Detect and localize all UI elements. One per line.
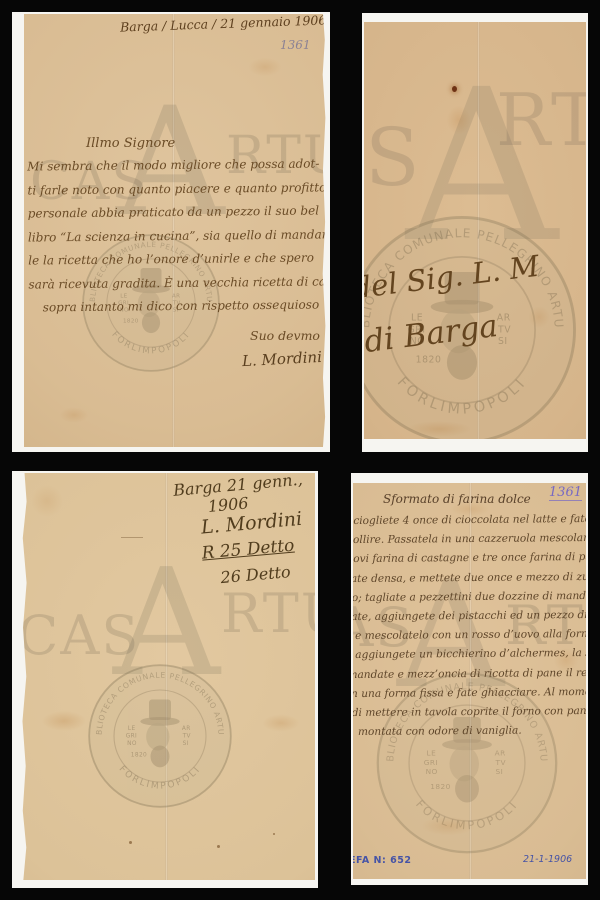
ink-stain-dot <box>452 86 457 92</box>
panel-recipe-page: CAS A RTUSI BIBLIOTECA COMUNALE PELLEGRI… <box>351 473 588 885</box>
stamp-year: 1820 <box>123 319 139 325</box>
stain <box>25 479 69 523</box>
archive-scan-sheet: CAS A RTUSI BIBLIOTECA COMUNALE PELLEGRI… <box>0 0 600 900</box>
stain <box>549 643 583 677</box>
stamp-detail-text: GRI <box>126 733 137 739</box>
letter-dateline: Barga / Lucca / 21 gennaio 1906 <box>120 14 326 35</box>
recipe-paper: CAS A RTUSI BIBLIOTECA COMUNALE PELLEGRI… <box>353 483 586 879</box>
archive-number: 1361 <box>280 38 311 52</box>
letter-back-paper: CAS A RTUSI BIBLIOTECA COMUNALE PELLEGRI… <box>364 22 586 439</box>
recipe-body-line: bollire. Passatela in una cazzeruola mes… <box>353 529 586 550</box>
stain <box>442 100 476 140</box>
foxing-speck <box>273 833 275 835</box>
stamp-detail-text: AR <box>182 726 191 732</box>
letter-front-paper: CAS A RTUSI BIBLIOTECA COMUNALE PELLEGRI… <box>24 14 326 447</box>
panel-note-page: CAS A RTUSI BIBLIOTECA COMUNALE PELLEGRI… <box>12 471 318 888</box>
stain <box>443 499 497 519</box>
stamp-detail-text: GRI <box>424 758 438 767</box>
letter-body-line: Mi sembra che il modo migliore che possa… <box>27 152 323 179</box>
stamp-year: 1820 <box>430 782 451 791</box>
stamp-detail-text: LE <box>128 726 136 732</box>
casa-artusi-watermark-text: RTUSI <box>496 84 586 156</box>
panel-letter-back: CAS A RTUSI BIBLIOTECA COMUNALE PELLEGRI… <box>362 13 588 452</box>
letter-body: Mi sembra che il modo migliore che possa… <box>27 152 325 320</box>
archive-number: 1361 <box>549 485 582 501</box>
catalog-number-annotation: EFA N: 652 <box>353 855 411 866</box>
stamp-detail-text: NO <box>127 741 137 747</box>
note-line: R 25 Detto <box>178 536 295 566</box>
recipe-body-line: dovi farina di castagne e tre once farin… <box>353 548 586 569</box>
letter-body-line: libro “La scienza in cucina”, sia quello… <box>28 223 324 250</box>
stamp-detail-text: AR <box>497 313 511 324</box>
letter-body-line: le la ricetta che ho l’onore d’unirle e … <box>28 246 324 273</box>
stain <box>255 711 307 735</box>
recipe-body-line: tate densa, e mettete due once e mezzo d… <box>353 568 586 589</box>
catalog-date-annotation: 21-1-1906 <box>523 854 572 865</box>
letter-closing: Suo devmo <box>250 328 320 343</box>
foxing-speck <box>217 845 220 848</box>
stamp-year: 1820 <box>416 354 442 365</box>
stain <box>54 404 94 426</box>
stamp-detail-text: TV <box>182 733 191 739</box>
stamp-detail-text: LE <box>427 749 437 758</box>
stamp-year: 1820 <box>131 752 147 758</box>
letter-signature: L. Mordini <box>242 348 323 370</box>
letter-body-line: personale abbia praticato da un pezzo il… <box>28 199 324 226</box>
letter-body-line: ti farle noto con quanto piacere e quant… <box>27 176 323 203</box>
stamp-detail-text: TV <box>497 324 511 335</box>
stamp-detail-text: AR <box>495 749 506 758</box>
stain <box>394 418 484 439</box>
recipe-body-line: in una forma fissa e fate ghiacciare. Al… <box>353 683 586 704</box>
stamp-detail-text: SI <box>496 767 504 776</box>
letter-salutation: Illmo Signore <box>86 136 175 151</box>
note-page-paper: CAS A RTUSI BIBLIOTECA COMUNALE PELLEGRI… <box>21 473 315 880</box>
recipe-body-line: ro; tagliate a pezzettini due dozzine di… <box>353 587 586 608</box>
stain <box>33 707 95 735</box>
letter-body-line: sopra intanto mi dico con rispetto osseq… <box>29 293 325 320</box>
stain <box>411 813 485 839</box>
stamp-detail-text: TV <box>495 758 506 767</box>
stain <box>242 54 288 80</box>
recipe-body: Sciogliete 4 once di cioccolata nel latt… <box>353 510 586 743</box>
letter-body-line: sarà ricevuta gradita. È una vecchia ric… <box>28 270 324 297</box>
recipe-body-line: di mettere in tavola coprite il forno co… <box>353 702 586 723</box>
stain <box>524 302 554 332</box>
recipe-body-line: montata con odore di vaniglia. <box>353 721 586 742</box>
library-stamp-watermark: BIBLIOTECA COMUNALE PELLEGRINO ARTUSI FO… <box>87 663 233 809</box>
foxing-speck <box>129 841 132 844</box>
recipe-body-line: tate, aggiungete dei pistacchi ed un pez… <box>353 606 586 627</box>
stamp-detail-text: NO <box>426 767 438 776</box>
recipe-body-line: e mescolatelo con un rosso d’uovo alla f… <box>353 625 586 646</box>
note-block: Barga 21 genn., 1906 L. Mordini R 25 Det… <box>173 473 314 591</box>
panel-letter-front: CAS A RTUSI BIBLIOTECA COMUNALE PELLEGRI… <box>12 12 330 452</box>
casa-artusi-watermark-text: RTUSI <box>221 587 315 641</box>
stamp-detail-text: SI <box>183 741 189 747</box>
